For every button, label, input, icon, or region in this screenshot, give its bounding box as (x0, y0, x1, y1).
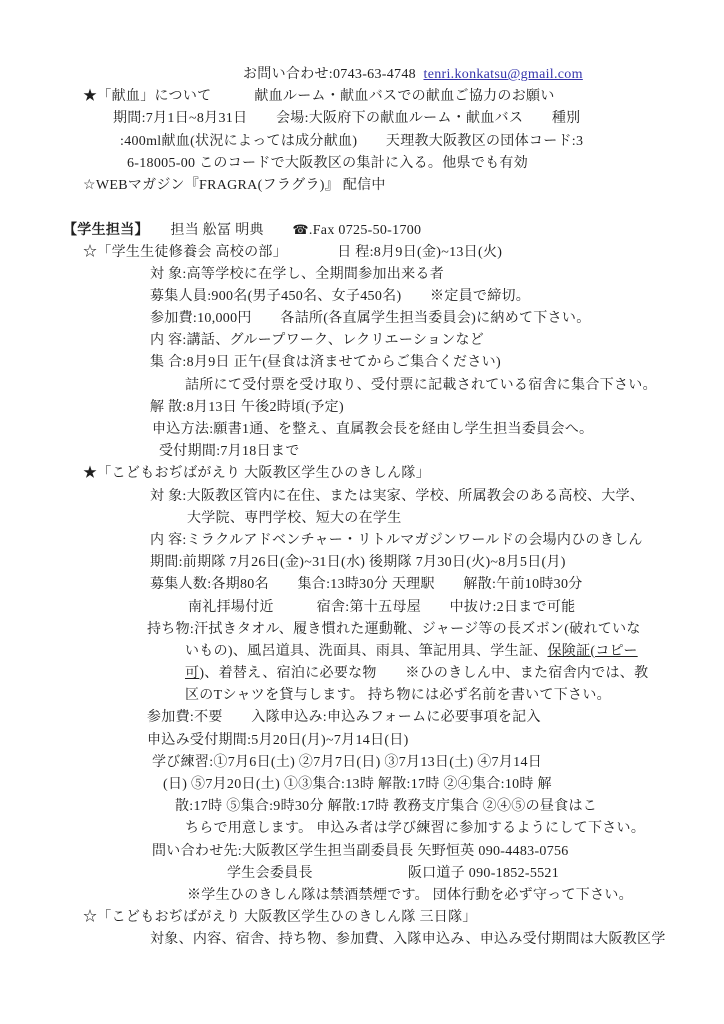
text-segment: ★「献血」について 献血ルーム・献血バスでの献血ご協力のお願い (83, 89, 555, 104)
text-segment: 学び練習:①7月6日(土) ②7月7日(日) ③7月13日(土) ④7月14日 (152, 755, 542, 770)
text-segment: 大学院、専門学校、短大の在学生 (187, 511, 402, 526)
text-segment: 区のTシャツを貸与します。 持ち物には必ず名前を書いて下さい。 (185, 688, 611, 703)
phone-fax-icon: ☎ (292, 222, 309, 237)
shuyokai-fee-line: 参加費:10,000円 各詰所(各直属学生担当委員会)に納めて下さい。 (63, 308, 680, 330)
text-segment: ☆「学生生徒修養会 高校の部」 日 程:8月9日(金)~13日(火) (83, 245, 502, 260)
text-segment: 阪口道子 090-1852-5521 (408, 866, 559, 881)
text-segment: ☆WEBマガジン『FRAGRA(フラグラ)』 配信中 (83, 178, 386, 193)
insurance-card-underlined: 保険証(コピー (547, 644, 637, 659)
inquiry-chair-line: 学生会委員長阪口道子 090-1852-5521 (63, 863, 680, 885)
shuyokai-dismiss-line: 解 散:8月13日 午後2時頃(予定) (63, 397, 680, 419)
text-segment: .Fax 0725-50-1700 (309, 223, 421, 238)
mikkatai-heading-line: ☆「こどもおぢばがえり 大阪教区学生ひのきしん隊 三日隊」 (63, 907, 680, 929)
hinokishin-target2-line: 大学院、専門学校、短大の在学生 (63, 508, 680, 530)
manabi-renshu3-line: 散:17時 ⑤集合:9時30分 解散:17時 教務支庁集合 ②④⑤の昼食はこ (63, 796, 680, 818)
gakusei-tanto-header-line: 【学生担当】 担当 舩冨 明典 ☎.Fax 0725-50-1700 (63, 219, 680, 241)
rules-note-line: ※学生ひのきしん隊は禁酒禁煙です。 団体行動を必ず守って下さい。 (63, 885, 680, 907)
kenketsu-code-line: 6-18005-00 このコードで大阪教区の集計に入る。他県でも有効 (63, 153, 680, 175)
text-segment: 南礼拝場付近 宿舎:第十五母屋 中抜け:2日まで可能 (188, 600, 575, 615)
kenketsu-period-line: 期間:7月1日~8月31日 会場:大阪府下の献血ルーム・献血バス 種別 (63, 108, 680, 130)
text-segment: ☆「こどもおぢばがえり 大阪教区学生ひのきしん隊 三日隊」 (83, 910, 477, 925)
text-segment: 対 象:高等学校に在学し、全期間参加出来る者 (150, 267, 444, 282)
web-magazine-line: ☆WEBマガジン『FRAGRA(フラグラ)』 配信中 (63, 175, 680, 197)
text-segment: 持ち物:汗拭きタオル、履き慣れた運動靴、ジャージ等の長ズボン(破れていな (147, 622, 641, 637)
manabi-renshu-line: 学び練習:①7月6日(土) ②7月7日(日) ③7月13日(土) ④7月14日 (63, 752, 680, 774)
kenketsu-heading-line: ★「献血」について 献血ルーム・献血バスでの献血ご協力のお願い (63, 86, 680, 108)
text-segment: 集 合:8月9日 正午(昼食は済ませてからご集合ください) (150, 355, 501, 370)
text-segment: 詰所にて受付票を受け取り、受付票に記載されている宿舎に集合下さい。 (185, 378, 657, 393)
hinokishin-place-line: 南礼拝場付近 宿舎:第十五母屋 中抜け:2日まで可能 (63, 597, 680, 619)
text-segment: 散:17時 ⑤集合:9時30分 解散:17時 教務支庁集合 ②④⑤の昼食はこ (175, 799, 597, 814)
manabi-renshu4-line: ちらで用意します。 申込み者は学び練習に参加するようにして下さい。 (63, 818, 680, 840)
shuyokai-content-line: 内 容:講話、グループワーク、レクリエーションなど (63, 330, 680, 352)
shuyokai-meet-line: 集 合:8月9日 正午(昼食は済ませてからご集合ください) (63, 352, 680, 374)
shuyokai-apply-line: 申込方法:願書1通、を整え、直属教会長を経由し学生担当委員会へ。 (63, 419, 680, 441)
hinokishin-items-line: 持ち物:汗拭きタオル、履き慣れた運動靴、ジャージ等の長ズボン(破れていな (63, 619, 680, 641)
text-segment: 募集人数:各期80名 集合:13時30分 天理駅 解散:午前10時30分 (150, 577, 583, 592)
hinokishin-items2-line: いもの)、風呂道具、洗面具、雨具、筆記用具、学生証、保険証(コピー (63, 641, 680, 663)
text-segment: いもの)、風呂道具、洗面具、雨具、筆記用具、学生証、 (185, 644, 547, 659)
hinokishin-items4-line: 区のTシャツを貸与します。 持ち物には必ず名前を書いて下さい。 (63, 685, 680, 707)
text-segment: 募集人員:900名(男子450名、女子450名) ※定員で締切。 (150, 289, 530, 304)
text-segment: 学生会委員長 (227, 866, 313, 881)
text-segment: )、着替え、宿泊に必要な物 ※ひのきしん中、また宿舎内では、教 (199, 666, 648, 681)
kenketsu-type-line: :400ml献血(状況によっては成分献血) 天理教大阪教区の団体コード:3 (63, 131, 680, 153)
text-segment: :400ml献血(状況によっては成分献血) 天理教大阪教区の団体コード:3 (120, 134, 583, 149)
text-segment: 6-18005-00 このコードで大阪教区の集計に入る。他県でも有効 (127, 156, 528, 171)
shuyokai-capacity-line: 募集人員:900名(男子450名、女子450名) ※定員で締切。 (63, 286, 680, 308)
hinokishin-period-line: 期間:前期隊 7月26日(金)~31日(水) 後期隊 7月30日(火)~8月5日… (63, 552, 680, 574)
insurance-card-underlined: 可 (185, 666, 199, 681)
shuyokai-deadline-line: 受付期間:7月18日まで (63, 441, 680, 463)
contact-info-line: お問い合わせ:0743-63-4748 tenri.konkatsu@gmail… (63, 64, 680, 86)
text-segment: ★「こどもおぢばがえり 大阪教区学生ひのきしん隊」 (83, 466, 430, 481)
hinokishin-items3-line: 可)、着替え、宿泊に必要な物 ※ひのきしん中、また宿舎内では、教 (63, 663, 680, 685)
document-page: お問い合わせ:0743-63-4748 tenri.konkatsu@gmail… (0, 0, 724, 1024)
text-segment: 参加費:不要 入隊申込み:申込みフォームに必要事項を記入 (147, 710, 541, 725)
hinokishin-heading-line: ★「こどもおぢばがえり 大阪教区学生ひのきしん隊」 (63, 463, 680, 485)
text-segment: ※学生ひのきしん隊は禁酒禁煙です。 団体行動を必ず守って下さい。 (187, 888, 633, 903)
text-segment: 参加費:10,000円 各詰所(各直属学生担当委員会)に納めて下さい。 (150, 311, 591, 326)
text-segment: (日) ⑤7月20日(土) ①③集合:13時 解散:17時 ②④集合:10時 解 (163, 777, 552, 792)
email-link[interactable]: tenri.konkatsu@gmail.com (424, 67, 583, 82)
text-segment: 受付期間:7月18日まで (159, 444, 300, 459)
text-segment: 問い合わせ先:大阪教区学生担当副委員長 矢野恒英 090-4483-0756 (152, 844, 569, 859)
hinokishin-fee-line: 参加費:不要 入隊申込み:申込みフォームに必要事項を記入 (63, 707, 680, 729)
text-segment: 申込み受付期間:5月20日(月)~7月14日(日) (147, 733, 409, 748)
text-segment: 解 散:8月13日 午後2時頃(予定) (150, 400, 344, 415)
section-title: 【学生担当】 (63, 223, 142, 238)
hinokishin-target-line: 対 象:大阪教区管内に在住、または実家、学校、所属教会のある高校、大学、 (63, 486, 680, 508)
blank-line (63, 197, 680, 219)
shuyokai-meet-note-line: 詰所にて受付票を受け取り、受付票に記載されている宿舎に集合下さい。 (63, 375, 680, 397)
text-segment: ちらで用意します。 申込み者は学び練習に参加するようにして下さい。 (185, 821, 645, 836)
text-segment: 期間:7月1日~8月31日 会場:大阪府下の献血ルーム・献血バス 種別 (113, 111, 580, 126)
text-segment: 対象、内容、宿舎、持ち物、参加費、入隊申込み、申込み受付期間は大阪教区学 (150, 932, 666, 947)
inquiry-vice-chair-line: 問い合わせ先:大阪教区学生担当副委員長 矢野恒英 090-4483-0756 (63, 841, 680, 863)
shuyokai-target-line: 対 象:高等学校に在学し、全期間参加出来る者 (63, 264, 680, 286)
hinokishin-capacity-line: 募集人数:各期80名 集合:13時30分 天理駅 解散:午前10時30分 (63, 574, 680, 596)
hinokishin-apply-period-line: 申込み受付期間:5月20日(月)~7月14日(日) (63, 730, 680, 752)
text-segment: 対 象:大阪教区管内に在住、または実家、学校、所属教会のある高校、大学、 (150, 489, 644, 504)
mikkatai-detail-line: 対象、内容、宿舎、持ち物、参加費、入隊申込み、申込み受付期間は大阪教区学 (63, 929, 680, 951)
hinokishin-content-line: 内 容:ミラクルアドベンチャー・リトルマガジンワールドの会場内ひのきしん (63, 530, 680, 552)
shuyokai-heading-line: ☆「学生生徒修養会 高校の部」 日 程:8月9日(金)~13日(火) (63, 242, 680, 264)
text-segment: 申込方法:願書1通、を整え、直属教会長を経由し学生担当委員会へ。 (152, 422, 593, 437)
text-segment: 担当 舩冨 明典 (142, 223, 293, 238)
text-segment: 内 容:ミラクルアドベンチャー・リトルマガジンワールドの会場内ひのきしん (150, 533, 643, 548)
manabi-renshu2-line: (日) ⑤7月20日(土) ①③集合:13時 解散:17時 ②④集合:10時 解 (63, 774, 680, 796)
text-segment: 内 容:講話、グループワーク、レクリエーションなど (150, 333, 484, 348)
text-segment: お問い合わせ:0743-63-4748 (243, 67, 424, 82)
text-segment: 期間:前期隊 7月26日(金)~31日(水) 後期隊 7月30日(火)~8月5日… (150, 555, 566, 570)
